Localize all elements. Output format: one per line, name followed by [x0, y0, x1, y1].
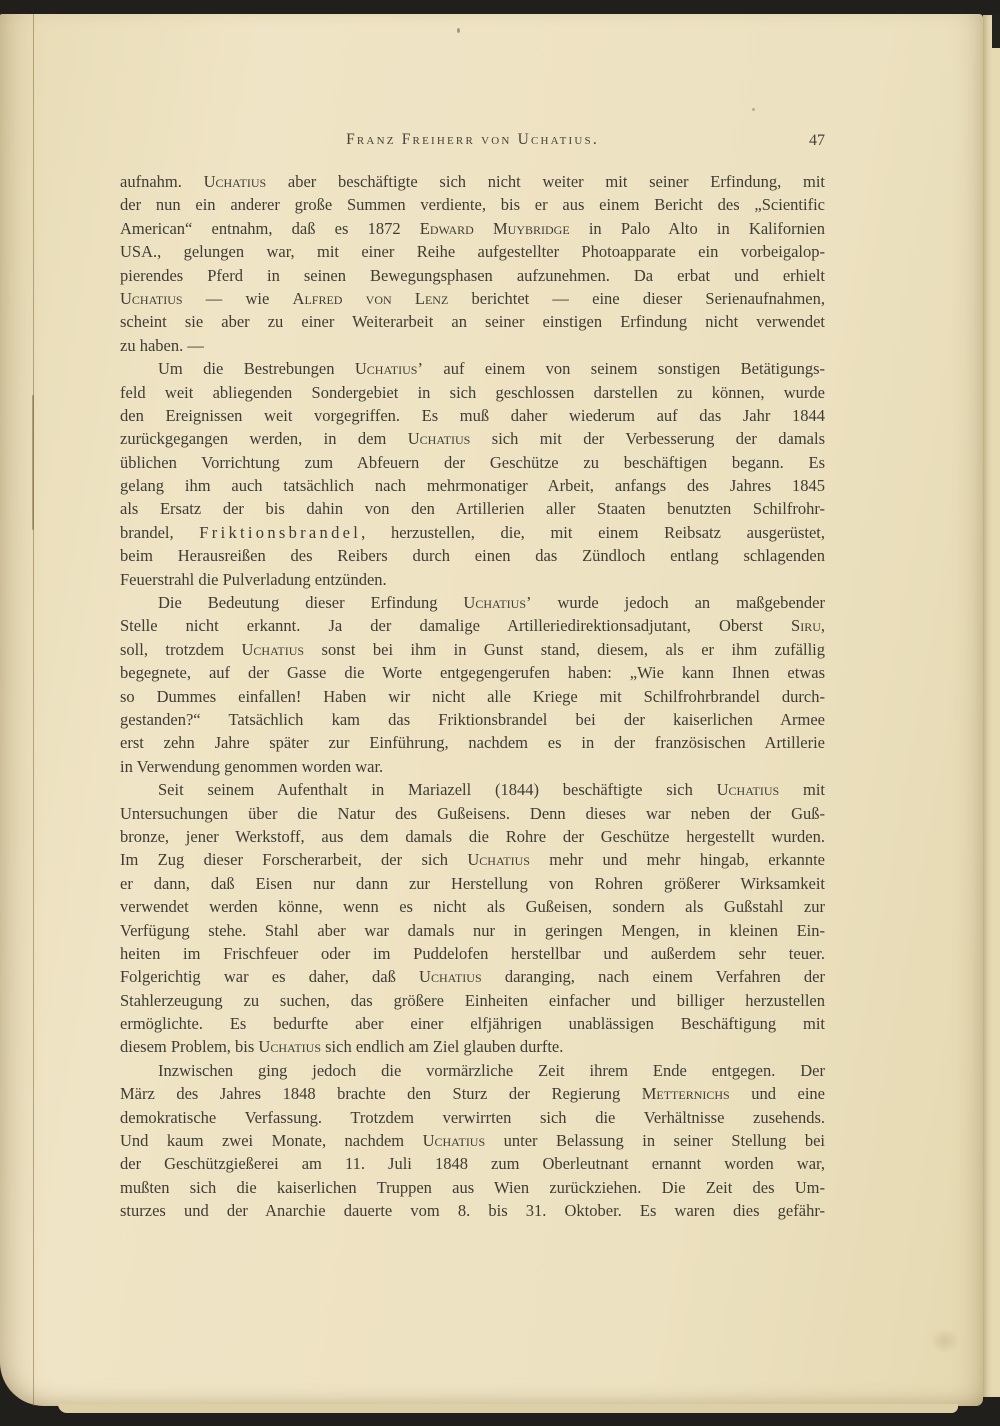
smallcaps-name: Uchatius: [467, 850, 530, 869]
paragraph: Inzwischen ging jedoch die vormärzliche …: [120, 1059, 825, 1223]
text-run: Seit seinem Aufenthalt in Mariazell (184…: [158, 780, 717, 799]
page-title: Franz Freiherr von Uchatius.: [120, 131, 825, 149]
paragraph: Seit seinem Aufenthalt in Mariazell (184…: [120, 778, 825, 1059]
text-line: Stelle nicht erkannt. Ja der damalige Ar…: [120, 614, 825, 637]
text-line: Stahlerzeugung zu suchen, das größere Ei…: [120, 989, 825, 1012]
text-line: der nun ein anderer große Summen verdien…: [120, 193, 825, 216]
text-run: sich endlich am Ziel glauben durfte.: [321, 1037, 563, 1056]
text-line: heiten im Frischfeuer oder im Puddelofen…: [120, 942, 825, 965]
text-line: Um die Bestrebungen Uchatius’ auf einem …: [120, 357, 825, 380]
scan-background: { "colors": { "background": "#211f1b", "…: [0, 0, 1000, 1426]
text-run: begegnete, auf der Gasse die Worte entge…: [120, 663, 825, 682]
text-run: mit: [779, 780, 825, 799]
text-run: soll, trotzdem: [120, 640, 242, 659]
scan-speck: [752, 108, 755, 111]
text-run: Und kaum zwei Monate, nachdem: [120, 1131, 423, 1150]
text-run: Untersuchungen über die Natur des Gußeis…: [120, 804, 825, 823]
text-line: beim Herausreißen des Reibers durch eine…: [120, 544, 825, 567]
page-edge-left-line: [33, 14, 34, 1406]
text-line: ermöglichte. Es bedurfte aber einer elfj…: [120, 1012, 825, 1035]
text-run: , herzustellen, die, mit einem Reibsatz …: [361, 523, 825, 542]
text-run: zu haben. —: [120, 336, 204, 355]
smallcaps-name: Uchatius: [204, 172, 267, 191]
text-run: er dann, daß Eisen nur dann zur Herstell…: [120, 874, 825, 893]
text-run: Inzwischen ging jedoch die vormärzliche …: [158, 1061, 825, 1080]
text-line: Untersuchungen über die Natur des Gußeis…: [120, 802, 825, 825]
smallcaps-name: Uchatius: [423, 1131, 486, 1150]
text-run: wurde jedoch an maßgebender: [532, 593, 825, 612]
text-line: in Verwendung genommen worden war.: [120, 755, 825, 778]
scan-stain: [930, 1328, 960, 1354]
text-line: er dann, daß Eisen nur dann zur Herstell…: [120, 872, 825, 895]
paragraph: aufnahm. Uchatius aber beschäftigte sich…: [120, 170, 825, 357]
smallcaps-name: Edward Muybridge: [420, 219, 570, 238]
text-line: erst zehn Jahre später zur Einführung, n…: [120, 731, 825, 754]
text-run: als Ersatz der bis dahin von den Artille…: [120, 499, 825, 518]
text-line: Die Bedeutung dieser Erfindung Uchatius’…: [120, 591, 825, 614]
text-line: Uchatius — wie Alfred von Lenz berichtet…: [120, 287, 825, 310]
text-run: zurückgegangen werden, in dem: [120, 429, 408, 448]
text-run: März des Jahres 1848 brachte den Sturz d…: [120, 1084, 642, 1103]
text-run: der Geschützgießerei am 11. Juli 1848 zu…: [120, 1154, 825, 1173]
text-run: Folgerichtig war es daher, daß: [120, 967, 419, 986]
text-line: USA., gelungen war, mit einer Reihe aufg…: [120, 240, 825, 263]
text-run: bronze, jener Werkstoff, aus dem damals …: [120, 827, 825, 846]
smallcaps-name: Uchatius: [258, 1037, 321, 1056]
text-run: gelang ihm auch tatsächlich nach mehrmon…: [120, 476, 825, 495]
smallcaps-name: Uchatius: [419, 967, 482, 986]
running-header: Franz Freiherr von Uchatius. 47: [120, 131, 825, 153]
text-run: üblichen Vorrichtung zum Abfeuern der Ge…: [120, 453, 825, 472]
text-line: pierendes Pferd in seinen Bewegungsphase…: [120, 264, 825, 287]
text-line: gelang ihm auch tatsächlich nach mehrmon…: [120, 474, 825, 497]
text-run: feld weit abliegenden Sondergebiet in si…: [120, 383, 825, 402]
paragraph: Um die Bestrebungen Uchatius’ auf einem …: [120, 357, 825, 591]
text-line: scheint sie aber zu einer Weiterarbeit a…: [120, 310, 825, 333]
text-run: aufnahm.: [120, 172, 204, 191]
smallcaps-name: Alfred von Lenz: [293, 289, 449, 308]
text-run: sich mit der Verbesserung der damals: [470, 429, 825, 448]
text-line: Und kaum zwei Monate, nachdem Uchatius u…: [120, 1129, 825, 1152]
text-run: in Palo Alto in Kalifornien: [570, 219, 825, 238]
text-run: brandel,: [120, 523, 199, 542]
text-line: verwendet werden könne, wenn es nicht al…: [120, 895, 825, 918]
text-line: zurückgegangen werden, in dem Uchatius s…: [120, 427, 825, 450]
text-line: sturzes und der Anarchie dauerte vom 8. …: [120, 1199, 825, 1222]
text-line: aufnahm. Uchatius aber beschäftigte sich…: [120, 170, 825, 193]
text-line: Feuerstrahl die Pulverladung entzünden.: [120, 568, 825, 591]
text-run: ermöglichte. Es bedurfte aber einer elfj…: [120, 1014, 825, 1033]
smallcaps-name: Uchatius: [408, 429, 471, 448]
scan-speck: [457, 28, 460, 33]
page-edge-right: [983, 15, 1000, 1397]
text-run: Verfügung stehe. Stahl aber war damals n…: [120, 921, 825, 940]
text-line: soll, trotzdem Uchatius sonst bei ihm in…: [120, 638, 825, 661]
text-run: sturzes und der Anarchie dauerte vom 8. …: [120, 1201, 825, 1220]
smallcaps-name: Uchatius: [120, 289, 183, 308]
text-line: gestanden?“ Tatsächlich kam das Friktion…: [120, 708, 825, 731]
page-edge-mark: [32, 395, 34, 530]
text-line: der Geschützgießerei am 11. Juli 1848 zu…: [120, 1152, 825, 1175]
page-stack-edge: [58, 1404, 958, 1413]
text-line: März des Jahres 1848 brachte den Sturz d…: [120, 1082, 825, 1105]
text-line: bronze, jener Werkstoff, aus dem damals …: [120, 825, 825, 848]
text-run: mehr und mehr hingab, erkannte: [530, 850, 825, 869]
text-run: der nun ein anderer große Summen verdien…: [120, 195, 825, 214]
text-run: Feuerstrahl die Pulverladung entzünden.: [120, 570, 387, 589]
text-run: unter Belassung in seiner Stellung bei: [485, 1131, 825, 1150]
text-run: pierendes Pferd in seinen Bewegungsphase…: [120, 266, 825, 285]
text-run: diesem Problem, bis: [120, 1037, 258, 1056]
paragraph: Die Bedeutung dieser Erfindung Uchatius’…: [120, 591, 825, 778]
text-line: demokratische Verfassung. Trotzdem verwi…: [120, 1106, 825, 1129]
text-run: Stelle nicht erkannt. Ja der damalige Ar…: [120, 616, 791, 635]
text-run: Um die Bestrebungen: [158, 359, 355, 378]
text-line: brandel, Friktionsbrandel, herzustellen,…: [120, 521, 825, 544]
text-run: Stahlerzeugung zu suchen, das größere Ei…: [120, 991, 825, 1010]
text-run: so Dummes einfallen! Haben wir nicht all…: [120, 687, 825, 706]
text-line: diesem Problem, bis Uchatius sich endlic…: [120, 1035, 825, 1058]
text-run: beim Herausreißen des Reibers durch eine…: [120, 546, 825, 565]
smallcaps-name: Uchatius’: [463, 593, 531, 612]
text-run: scheint sie aber zu einer Weiterarbeit a…: [120, 312, 825, 331]
text-line: Seit seinem Aufenthalt in Mariazell (184…: [120, 778, 825, 801]
text-run: daranging, nach einem Verfahren der: [482, 967, 825, 986]
text-run: gestanden?“ Tatsächlich kam das Friktion…: [120, 710, 825, 729]
text-line: Verfügung stehe. Stahl aber war damals n…: [120, 919, 825, 942]
text-line: zu haben. —: [120, 334, 825, 357]
text-line: als Ersatz der bis dahin von den Artille…: [120, 497, 825, 520]
text-run: auf einem von seinem sonstigen Betätigun…: [423, 359, 825, 378]
text-run: berichtet — eine dieser Serienaufnahmen,: [448, 289, 825, 308]
text-run: verwendet werden könne, wenn es nicht al…: [120, 897, 825, 916]
text-line: Im Zug dieser Forscherarbeit, der sich U…: [120, 848, 825, 871]
text-run: in Verwendung genommen worden war.: [120, 757, 383, 776]
text-run: den Ereignissen weit vorgegriffen. Es mu…: [120, 406, 825, 425]
text-line: Inzwischen ging jedoch die vormärzliche …: [120, 1059, 825, 1082]
text-run: Die Bedeutung dieser Erfindung: [158, 593, 463, 612]
text-run: ,: [821, 616, 825, 635]
text-line: begegnete, auf der Gasse die Worte entge…: [120, 661, 825, 684]
text-run: demokratische Verfassung. Trotzdem verwi…: [120, 1108, 825, 1127]
smallcaps-name: Metternichs: [642, 1084, 730, 1103]
text-run: mußten sich die kaiserlichen Truppen aus…: [120, 1178, 825, 1197]
text-line: den Ereignissen weit vorgegriffen. Es mu…: [120, 404, 825, 427]
text-run: — wie: [183, 289, 293, 308]
text-run: American“ entnahm, daß es 1872: [120, 219, 420, 238]
text-run: und eine: [730, 1084, 825, 1103]
text-line: so Dummes einfallen! Haben wir nicht all…: [120, 685, 825, 708]
smallcaps-name: Uchatius’: [355, 359, 423, 378]
text-run: heiten im Frischfeuer oder im Puddelofen…: [120, 944, 825, 963]
text-line: mußten sich die kaiserlichen Truppen aus…: [120, 1176, 825, 1199]
text-run: erst zehn Jahre später zur Einführung, n…: [120, 733, 825, 752]
spaced-term: Friktionsbrandel: [199, 523, 361, 542]
page-number: 47: [809, 132, 825, 150]
text-line: feld weit abliegenden Sondergebiet in si…: [120, 381, 825, 404]
text-line: üblichen Vorrichtung zum Abfeuern der Ge…: [120, 451, 825, 474]
text-run: USA., gelungen war, mit einer Reihe aufg…: [120, 242, 825, 261]
text-line: Folgerichtig war es daher, daß Uchatius …: [120, 965, 825, 988]
smallcaps-name: Uchatius: [242, 640, 305, 659]
text-run: Im Zug dieser Forscherarbeit, der sich: [120, 850, 467, 869]
scan-corner-shadow: [992, 14, 1000, 48]
page-body: aufnahm. Uchatius aber beschäftigte sich…: [120, 170, 825, 1223]
text-run: aber beschäftigte sich nicht weiter mit …: [266, 172, 825, 191]
smallcaps-name: Siru: [791, 616, 821, 635]
text-line: American“ entnahm, daß es 1872 Edward Mu…: [120, 217, 825, 240]
text-run: sonst bei ihm in Gunst stand, diesem, al…: [304, 640, 825, 659]
smallcaps-name: Uchatius: [717, 780, 780, 799]
